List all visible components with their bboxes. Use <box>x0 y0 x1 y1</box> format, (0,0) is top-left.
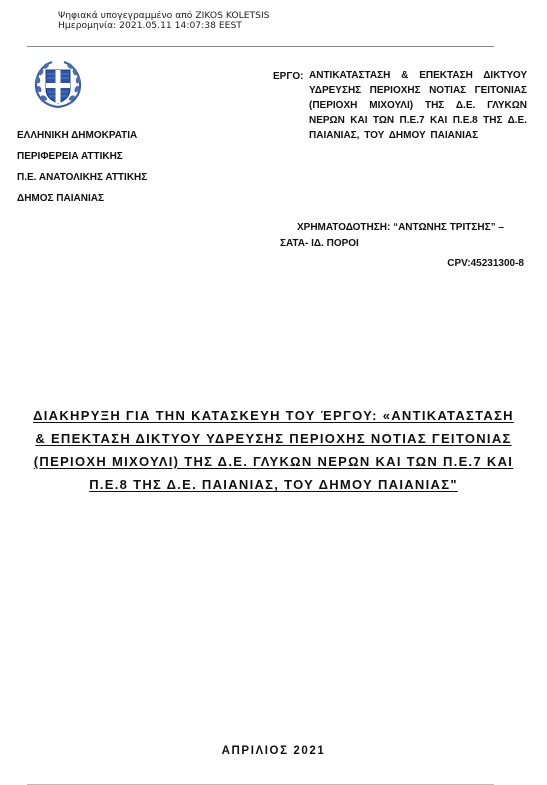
funding-block: ΧΡΗΜΑΤΟΔΟΤΗΣΗ: “ΑΝΤΩΝΗΣ ΤΡΙΤΣΗΣ” – ΣΑΤΑ-… <box>280 220 526 272</box>
authority-line: Π.Ε. ΑΝΑΤΟΛΙΚΗΣ ΑΤΤΙΚΗΣ <box>17 167 147 188</box>
project-title: ΑΝΤΙΚΑΤΑΣΤΑΣΗ & ΕΠΕΚΤΑΣΗ ΔΙΚΤΥΟΥ ΥΔΡΕΥΣΗ… <box>309 68 527 143</box>
greek-coat-of-arms-icon <box>33 59 83 111</box>
title-line: Π.Ε.8 ΤΗΣ Δ.Ε. ΠΑΙΑΝΙΑΣ, ΤΟΥ ΔΗΜΟΥ ΠΑΙΑΝ… <box>22 473 525 496</box>
title-line: (ΠΕΡΙΟΧΗ ΜΙΧΟΥΛΙ) ΤΗΣ Δ.Ε. ΓΛΥΚΩΝ ΝΕΡΩΝ … <box>22 450 525 473</box>
project-label: ΕΡΓΟ: <box>273 69 303 84</box>
document-date: ΑΠΡΙΛΙΟΣ 2021 <box>0 745 547 757</box>
issuing-authority: ΕΛΛΗΝΙΚΗ ΔΗΜΟΚΡΑΤΙΑ ΠΕΡΙΦΕΡΕΙΑ ΑΤΤΙΚΗΣ Π… <box>17 125 147 209</box>
title-line: & ΕΠΕΚΤΑΣΗ ΔΙΚΤΥΟΥ ΥΔΡΕΥΣΗΣ ΠΕΡΙΟΧΗΣ ΝΟΤ… <box>22 427 525 450</box>
authority-line: ΕΛΛΗΝΙΚΗ ΔΗΜΟΚΡΑΤΙΑ <box>17 125 147 146</box>
header-divider <box>27 46 494 47</box>
title-line: ΔΙΑΚΗΡΥΞΗ ΓΙΑ ΤΗΝ ΚΑΤΑΣΚΕΥΗ ΤΟΥ ΈΡΓΟΥ: «… <box>22 404 525 427</box>
signature-date: Ημερομηνία: 2021.05.11 14:07:38 EEST <box>58 21 270 31</box>
digital-signature-stamp: Ψηφιακά υπογεγραμμένο από ZIKOS KOLETSIS… <box>58 11 270 31</box>
authority-line: ΔΗΜΟΣ ΠΑΙΑΝΙΑΣ <box>17 188 147 209</box>
document-title: ΔΙΑΚΗΡΥΞΗ ΓΙΑ ΤΗΝ ΚΑΤΑΣΚΕΥΗ ΤΟΥ ΈΡΓΟΥ: «… <box>22 404 525 496</box>
cpv-code: CPV:45231300-8 <box>280 256 526 272</box>
authority-line: ΠΕΡΙΦΕΡΕΙΑ ΑΤΤΙΚΗΣ <box>17 146 147 167</box>
funding-source: ΧΡΗΜΑΤΟΔΟΤΗΣΗ: “ΑΝΤΩΝΗΣ ΤΡΙΤΣΗΣ” – <box>280 220 526 236</box>
funding-source-continued: ΣΑΤΑ- ΙΔ. ΠΟΡΟΙ <box>280 236 526 252</box>
